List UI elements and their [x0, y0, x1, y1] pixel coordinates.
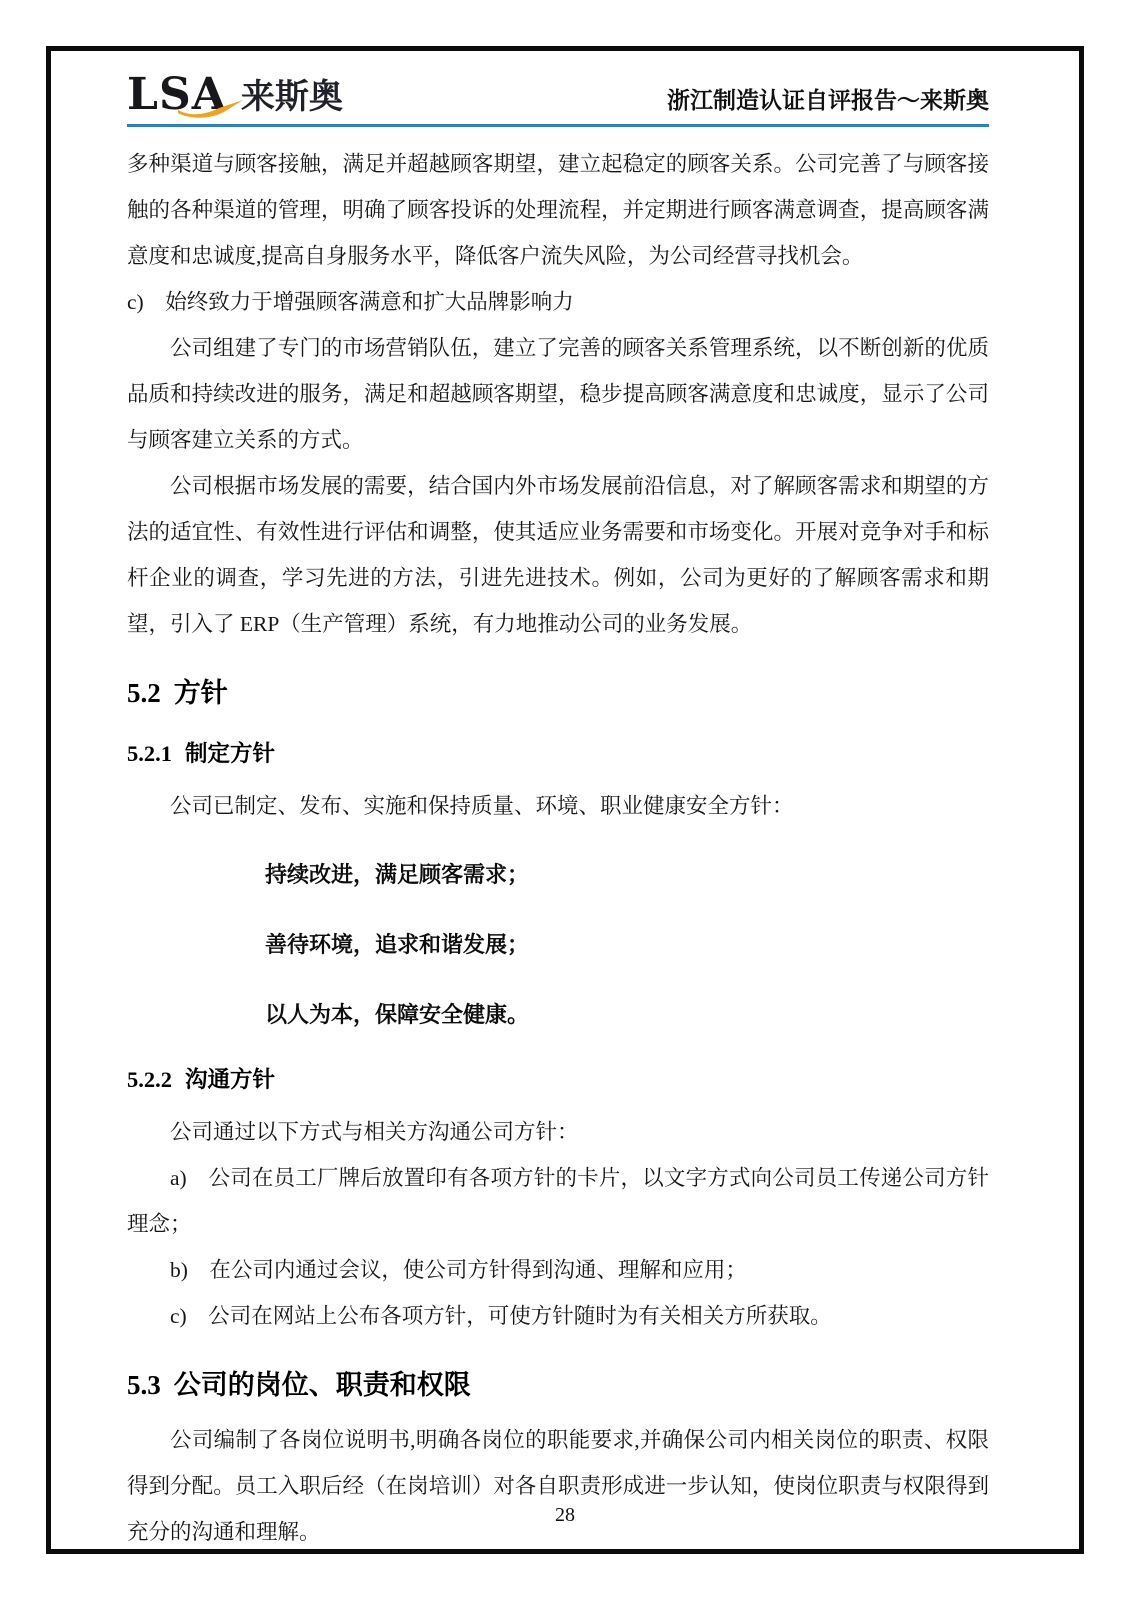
section-number: 5.2.1 [127, 741, 172, 766]
document-canvas: LSA 来斯奥 浙江制造认证自评报告～来斯奥 多种渠道与顾客接触，满足并超越顾客… [0, 0, 1131, 1600]
section-heading-5-2: 5.2方针 [127, 673, 989, 713]
paragraph-policy-intro: 公司已制定、发布、实施和保持质量、环境、职业健康安全方针： [127, 783, 989, 829]
company-logo: LSA 来斯奥 [127, 73, 343, 117]
list-item-c-brand-influence: c) 始终致力于增强顾客满意和扩大品牌影响力 [127, 279, 989, 325]
section-number: 5.3 [127, 1370, 161, 1400]
list-item-b-meetings: b) 在公司内通过会议，使公司方针得到沟通、理解和应用； [127, 1247, 989, 1293]
section-heading-5-3: 5.3公司的岗位、职责和权限 [127, 1365, 989, 1405]
policy-statements: 持续改进，满足顾客需求； 善待环境，追求和谐发展； 以人为本，保障安全健康。 [127, 851, 989, 1039]
list-item-c-website: c) 公司在网站上公布各项方针，可使方针随时为有关相关方所获取。 [127, 1293, 989, 1339]
paragraph-market-development: 公司根据市场发展的需要，结合国内外市场发展前沿信息，对了解顾客需求和期望的方法的… [127, 463, 989, 647]
policy-line-quality: 持续改进，满足顾客需求； [265, 851, 989, 899]
paragraph-customer-channels: 多种渠道与顾客接触，满足并超越顾客期望，建立起稳定的顾客关系。公司完善了与顾客接… [127, 141, 989, 279]
section-heading-5-2-2: 5.2.2沟通方针 [127, 1063, 989, 1097]
paragraph-marketing-team: 公司组建了专门的市场营销队伍，建立了完善的顾客关系管理系统，以不断创新的优质品质… [127, 325, 989, 463]
paragraph-communication-intro: 公司通过以下方式与相关方沟通公司方针： [127, 1109, 989, 1155]
page-footer: 28 [51, 1504, 1079, 1527]
policy-line-safety: 以人为本，保障安全健康。 [265, 991, 989, 1039]
logo-swoosh-icon [177, 99, 245, 119]
policy-line-environment: 善待环境，追求和谐发展； [265, 921, 989, 969]
section-title: 制定方针 [185, 741, 275, 766]
logo-company-name: 来斯奥 [241, 77, 343, 117]
list-item-a-policy-cards: a) 公司在员工厂牌后放置印有各项方针的卡片，以文字方式向公司员工传递公司方针理… [127, 1155, 989, 1247]
section-title: 沟通方针 [185, 1067, 275, 1092]
page-header: LSA 来斯奥 浙江制造认证自评报告～来斯奥 [127, 59, 989, 117]
section-title: 公司的岗位、职责和权限 [174, 1370, 471, 1400]
header-divider [127, 124, 989, 127]
page-frame: LSA 来斯奥 浙江制造认证自评报告～来斯奥 多种渠道与顾客接触，满足并超越顾客… [46, 46, 1084, 1554]
section-title: 方针 [174, 678, 228, 708]
page-number: 28 [555, 1504, 575, 1526]
paragraph-job-responsibilities: 公司编制了各岗位说明书,明确各岗位的职能要求,并确保公司内相关岗位的职责、权限得… [127, 1417, 989, 1555]
document-title: 浙江制造认证自评报告～来斯奥 [667, 85, 989, 117]
section-number: 5.2.2 [127, 1067, 172, 1092]
section-heading-5-2-1: 5.2.1制定方针 [127, 737, 989, 771]
section-number: 5.2 [127, 678, 161, 708]
